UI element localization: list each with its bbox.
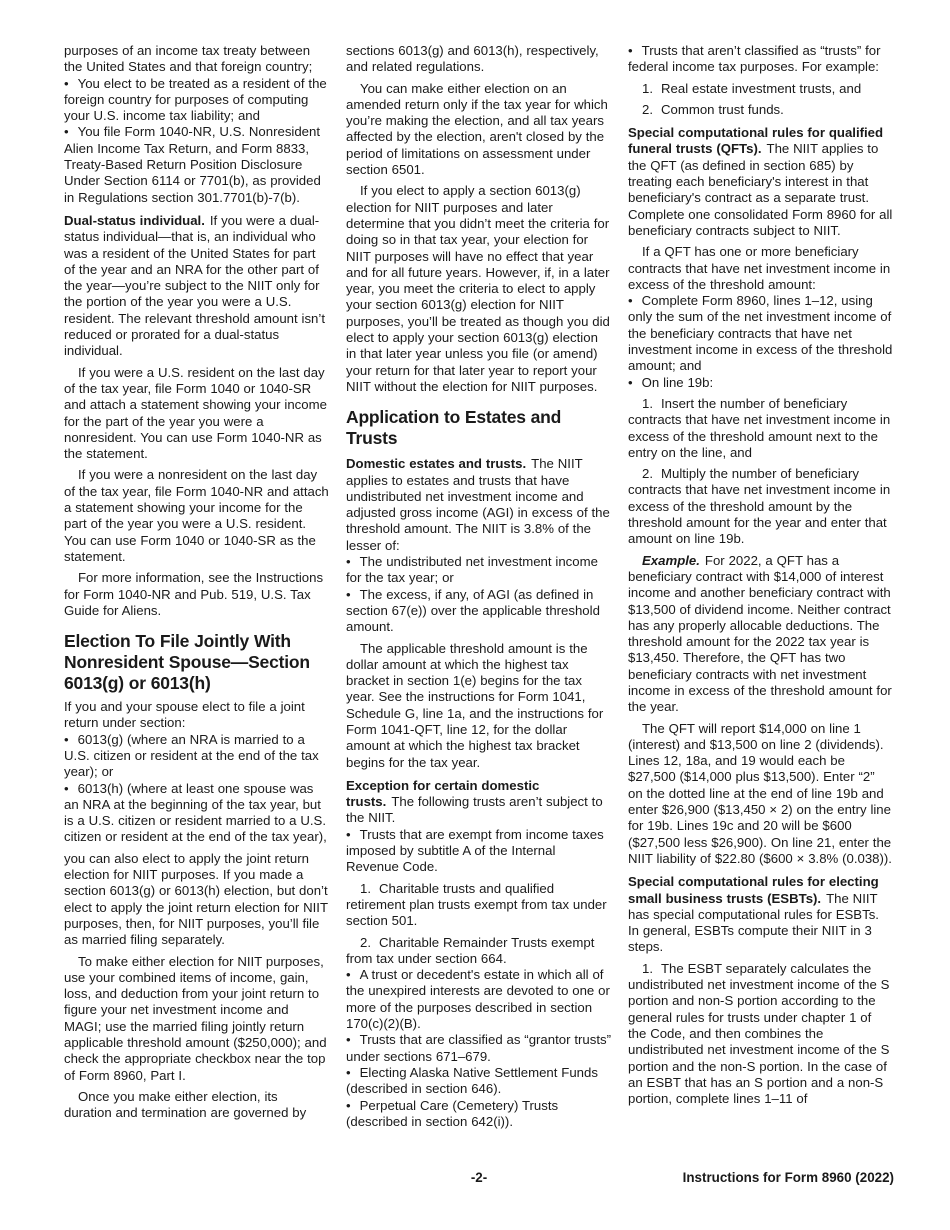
bullet-icon: •	[64, 732, 78, 747]
bullet-item: •The excess, if any, of AGI (as defined …	[346, 587, 611, 636]
bullet-item: •Trusts that aren’t classified as “trust…	[628, 43, 893, 76]
numbered-item: 1.Charitable trusts and qualified retire…	[346, 881, 611, 930]
bullet-item: •You file Form 1040-NR, U.S. Nonresident…	[64, 124, 329, 205]
paragraph-text: The ESBT separately calculates the undis…	[628, 961, 889, 1106]
paragraph: you can also elect to apply the joint re…	[64, 851, 329, 949]
keyword-paragraph: Special computational rules for qualifie…	[628, 125, 893, 239]
paragraph-text: If you and your spouse elect to file a j…	[64, 699, 305, 730]
paragraph: The applicable threshold amount is the d…	[346, 641, 611, 771]
paragraph-text: You file Form 1040-NR, U.S. Nonresident …	[64, 124, 321, 204]
paragraph: The QFT will report $14,000 on line 1 (i…	[628, 721, 893, 868]
footer-document-title: Instructions for Form 8960 (2022)	[683, 1170, 894, 1186]
document-page: purposes of an income tax treaty between…	[0, 0, 950, 1230]
numbered-item: 2.Charitable Remainder Trusts exempt fro…	[346, 935, 611, 968]
paragraph-text: Trusts that are exempt from income taxes…	[346, 827, 604, 875]
item-number: 2.	[642, 102, 661, 117]
paragraph-text: The applicable threshold amount is the d…	[346, 641, 603, 770]
paragraph-text: If you elect to apply a section 6013(g) …	[346, 183, 610, 394]
paragraph: If you elect to apply a section 6013(g) …	[346, 183, 611, 395]
run-in-heading: Domestic estates and trusts.	[346, 456, 531, 471]
bullet-item: •You elect to be treated as a resident o…	[64, 76, 329, 125]
run-in-heading: Dual-status individual.	[64, 213, 210, 228]
paragraph-text: Once you make either election, its durat…	[64, 1089, 306, 1120]
numbered-item: 2.Common trust funds.	[628, 102, 893, 118]
bullet-item: •Electing Alaska Native Settlement Funds…	[346, 1065, 611, 1098]
column-1: purposes of an income tax treaty between…	[64, 43, 329, 1130]
numbered-item: 1.The ESBT separately calculates the und…	[628, 961, 893, 1108]
item-number: 1.	[642, 396, 661, 411]
item-number: 1.	[642, 81, 661, 96]
paragraph-text: If you were a U.S. resident on the last …	[64, 365, 327, 461]
paragraph: If you were a U.S. resident on the last …	[64, 365, 329, 463]
paragraph-text: If you were a dual-status individual—tha…	[64, 213, 325, 358]
paragraph-text: purposes of an income tax treaty between…	[64, 43, 312, 74]
paragraph-text: Application to Estates and Trusts	[346, 407, 561, 448]
paragraph-text: Charitable Remainder Trusts exempt from …	[346, 935, 594, 966]
paragraph-text: The excess, if any, of AGI (as defined i…	[346, 587, 600, 635]
paragraph-text: 6013(h) (where at least one spouse was a…	[64, 781, 327, 845]
paragraph-text: Charitable trusts and qualified retireme…	[346, 881, 607, 929]
paragraph-text: Real estate investment trusts, and	[661, 81, 861, 96]
bullet-icon: •	[346, 1065, 360, 1080]
bullet-item: •6013(g) (where an NRA is married to a U…	[64, 732, 329, 781]
bullet-icon: •	[346, 827, 360, 842]
paragraph-text: Trusts that are classified as “grantor t…	[346, 1032, 611, 1063]
item-number: 2.	[360, 935, 379, 950]
paragraph: You can make either election on an amend…	[346, 81, 611, 179]
numbered-item: 1.Insert the number of beneficiary contr…	[628, 396, 893, 461]
bullet-icon: •	[346, 1032, 360, 1047]
paragraph-text: For more information, see the Instructio…	[64, 570, 323, 618]
bullet-icon: •	[346, 554, 360, 569]
bullet-icon: •	[628, 293, 642, 308]
paragraph: purposes of an income tax treaty between…	[64, 43, 329, 76]
paragraph-text: To make either election for NIIT purpose…	[64, 954, 327, 1083]
paragraph-text: Multiply the number of beneficiary contr…	[628, 466, 890, 546]
text-columns: purposes of an income tax treaty between…	[64, 43, 894, 1130]
paragraph: sections 6013(g) and 6013(h), respective…	[346, 43, 611, 76]
numbered-item: 2.Multiply the number of beneficiary con…	[628, 466, 893, 547]
paragraph: If a QFT has one or more beneficiary con…	[628, 244, 893, 293]
paragraph-text: Election To File Jointly With Nonresiden…	[64, 631, 310, 693]
section-heading: Application to Estates and Trusts	[346, 407, 611, 449]
bullet-item: •The undistributed net investment income…	[346, 554, 611, 587]
numbered-item: 1.Real estate investment trusts, and	[628, 81, 893, 97]
section-heading: Election To File Jointly With Nonresiden…	[64, 631, 329, 694]
bullet-icon: •	[64, 124, 78, 139]
paragraph-text: You can make either election on an amend…	[346, 81, 608, 177]
keyword-paragraph: Exception for certain domestic trusts.Th…	[346, 778, 611, 827]
bullet-item: •Perpetual Care (Cemetery) Trusts (descr…	[346, 1098, 611, 1131]
bullet-icon: •	[628, 43, 642, 58]
bullet-icon: •	[346, 1098, 360, 1113]
keyword-paragraph: Dual-status individual.If you were a dua…	[64, 213, 329, 360]
column-2: sections 6013(g) and 6013(h), respective…	[346, 43, 611, 1130]
paragraph-text: The undistributed net investment income …	[346, 554, 598, 585]
bullet-icon: •	[628, 375, 642, 390]
paragraph-text: Complete Form 8960, lines 1–12, using on…	[628, 293, 892, 373]
example-paragraph: Example.For 2022, a QFT has a beneficiar…	[628, 553, 893, 716]
item-number: 1.	[642, 961, 661, 976]
bullet-icon: •	[64, 76, 78, 91]
paragraph-text: A trust or decedent's estate in which al…	[346, 967, 610, 1031]
paragraph-text: Common trust funds.	[661, 102, 784, 117]
bullet-item: •A trust or decedent's estate in which a…	[346, 967, 611, 1032]
paragraph-text: Perpetual Care (Cemetery) Trusts (descri…	[346, 1098, 558, 1129]
paragraph-text: You elect to be treated as a resident of…	[64, 76, 327, 124]
bullet-icon: •	[346, 967, 360, 982]
paragraph-text: If you were a nonresident on the last da…	[64, 467, 329, 563]
bullet-item: •Trusts that are exempt from income taxe…	[346, 827, 611, 876]
bullet-item: •Complete Form 8960, lines 1–12, using o…	[628, 293, 893, 374]
bullet-item: •On line 19b:	[628, 375, 893, 391]
paragraph: For more information, see the Instructio…	[64, 570, 329, 619]
paragraph: Once you make either election, its durat…	[64, 1089, 329, 1122]
page-footer: -2- Instructions for Form 8960 (2022)	[64, 1170, 894, 1188]
paragraph-text: On line 19b:	[642, 375, 714, 390]
paragraph-text: sections 6013(g) and 6013(h), respective…	[346, 43, 599, 74]
item-number: 1.	[360, 881, 379, 896]
column-3: •Trusts that aren’t classified as “trust…	[628, 43, 893, 1130]
bullet-icon: •	[346, 587, 360, 602]
paragraph-text: Trusts that aren’t classified as “trusts…	[628, 43, 881, 74]
keyword-paragraph: Special computational rules for electing…	[628, 874, 893, 955]
bullet-item: •6013(h) (where at least one spouse was …	[64, 781, 329, 846]
paragraph-text: 6013(g) (where an NRA is married to a U.…	[64, 732, 319, 780]
paragraph: If you and your spouse elect to file a j…	[64, 699, 329, 732]
paragraph-text: For 2022, a QFT has a beneficiary contra…	[628, 553, 892, 715]
keyword-paragraph: Domestic estates and trusts.The NIIT app…	[346, 456, 611, 554]
paragraph-text: If a QFT has one or more beneficiary con…	[628, 244, 890, 292]
run-in-heading: Example.	[642, 553, 705, 568]
paragraph-text: Insert the number of beneficiary contrac…	[628, 396, 890, 460]
paragraph: To make either election for NIIT purpose…	[64, 954, 329, 1084]
paragraph-text: The QFT will report $14,000 on line 1 (i…	[628, 721, 892, 866]
item-number: 2.	[642, 466, 661, 481]
bullet-icon: •	[64, 781, 78, 796]
paragraph-text: Electing Alaska Native Settlement Funds …	[346, 1065, 598, 1096]
paragraph: If you were a nonresident on the last da…	[64, 467, 329, 565]
paragraph-text: you can also elect to apply the joint re…	[64, 851, 328, 947]
bullet-item: •Trusts that are classified as “grantor …	[346, 1032, 611, 1065]
